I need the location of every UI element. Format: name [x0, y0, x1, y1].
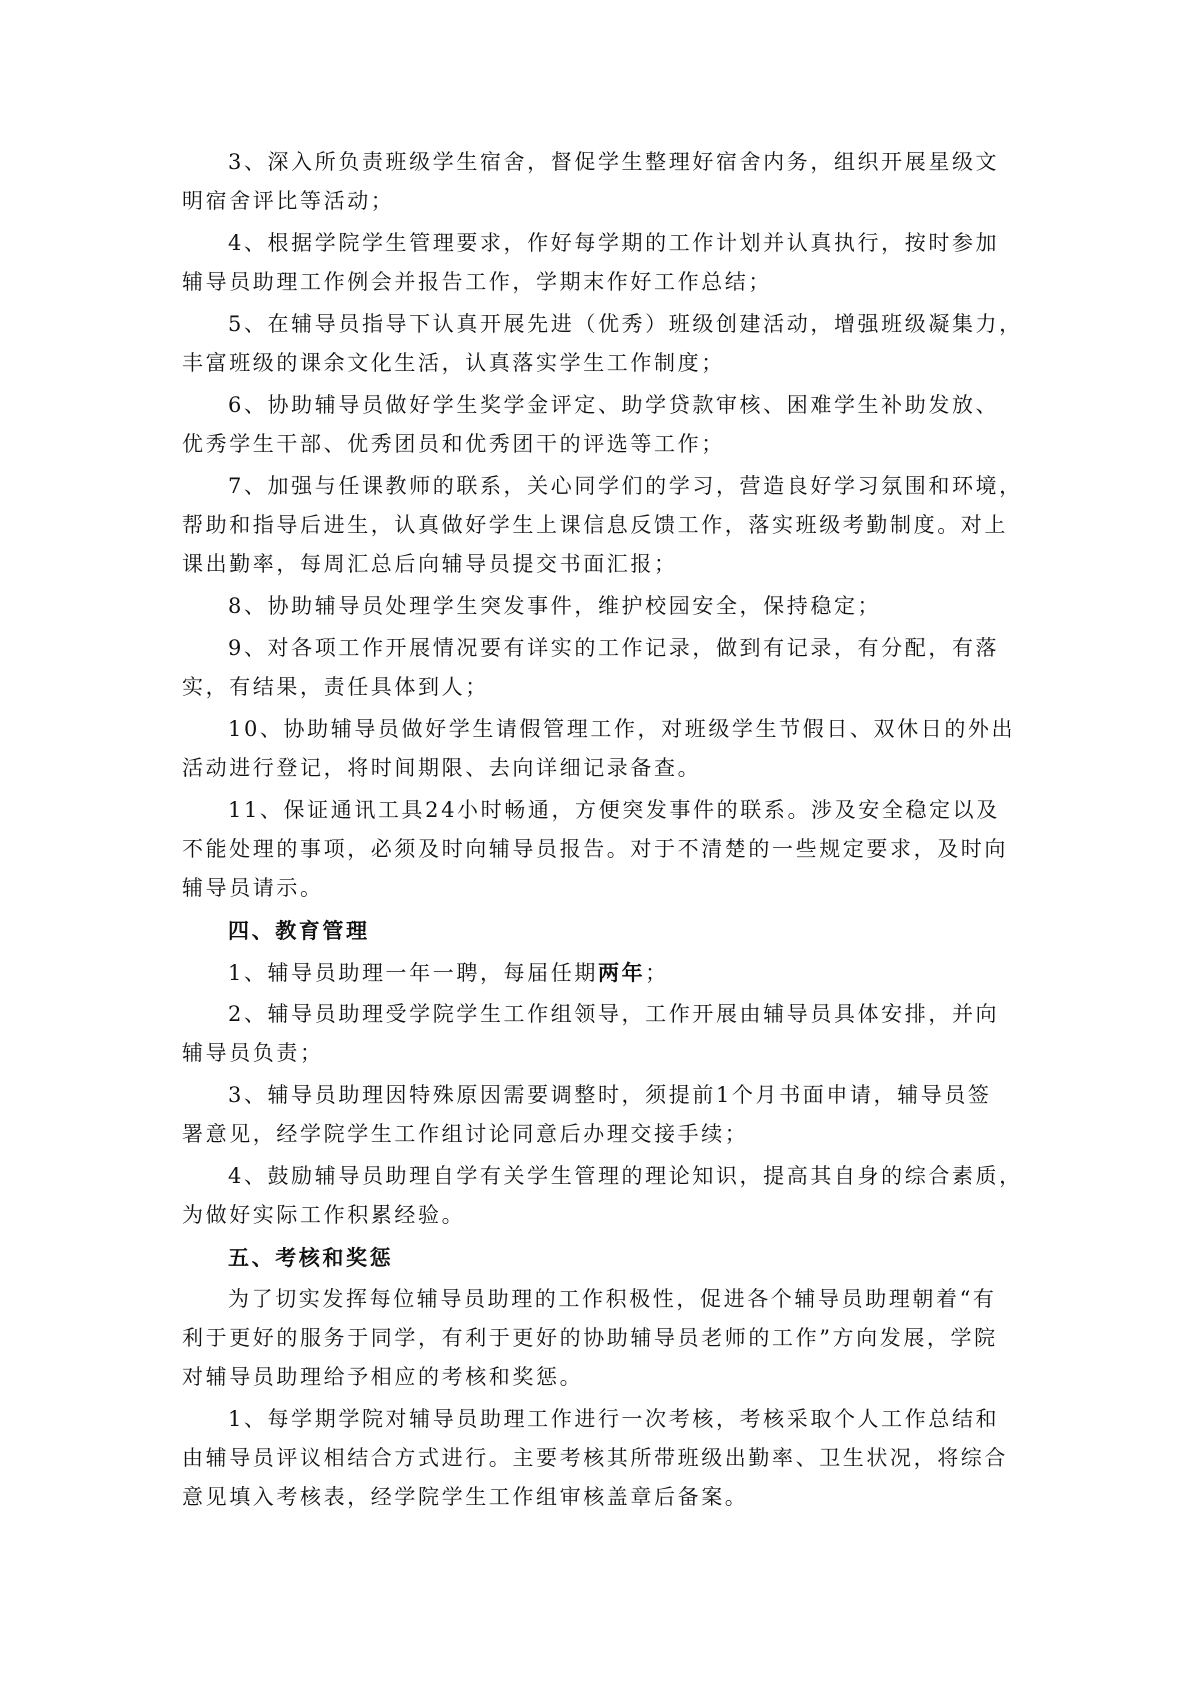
text-line: 为做好实际工作积累经验。	[182, 1196, 1012, 1235]
paragraph-item-5: 5、在辅导员指导下认真开展先进（优秀）班级创建活动，增强班级凝集力， 丰富班级的…	[182, 305, 1012, 383]
text-line: 1、每学期学院对辅导员助理工作进行一次考核，考核采取个人工作总结和	[182, 1400, 1012, 1439]
paragraph-item-8: 8、协助辅导员处理学生突发事件，维护校园安全，保持稳定；	[182, 587, 1012, 626]
text-line: 丰富班级的课余文化生活，认真落实学生工作制度；	[182, 344, 1012, 383]
bold-term: 两年	[598, 960, 645, 985]
paragraph-item-10: 10、协助辅导员做好学生请假管理工作，对班级学生节假日、双休日的外出 活动进行登…	[182, 710, 1012, 788]
text-line: 11、保证通讯工具24小时畅通，方便突发事件的联系。涉及安全稳定以及	[182, 791, 1012, 830]
section-heading-education-management: 四、教育管理	[182, 911, 1012, 950]
paragraph-edu-item-1: 1、辅导员助理一年一聘，每届任期两年；	[182, 953, 1012, 992]
text-line: 课出勤率，每周汇总后向辅导员提交书面汇报；	[182, 545, 1012, 584]
text-line: 辅导员助理工作例会并报告工作，学期末作好工作总结；	[182, 263, 1012, 302]
text-line: 辅导员负责；	[182, 1034, 1012, 1073]
text-run: ；	[645, 961, 669, 985]
text-line: 1、辅导员助理一年一聘，每届任期两年；	[182, 953, 1012, 992]
paragraph-item-4: 4、根据学院学生管理要求，作好每学期的工作计划并认真执行，按时参加 辅导员助理工…	[182, 224, 1012, 302]
section-heading: 四、教育管理	[182, 911, 1012, 950]
text-line: 优秀学生干部、优秀团员和优秀团干的评选等工作；	[182, 425, 1012, 464]
text-line: 署意见，经学院学生工作组讨论同意后办理交接手续；	[182, 1115, 1012, 1154]
section-heading: 五、考核和奖惩	[182, 1238, 1012, 1277]
text-line: 4、鼓励辅导员助理自学有关学生管理的理论知识，提高其自身的综合素质，	[182, 1157, 1012, 1196]
text-line: 2、辅导员助理受学院学生工作组领导，工作开展由辅导员具体安排，并向	[182, 995, 1012, 1034]
paragraph-item-6: 6、协助辅导员做好学生奖学金评定、助学贷款审核、困难学生补助发放、 优秀学生干部…	[182, 386, 1012, 464]
text-line: 3、深入所负责班级学生宿舍，督促学生整理好宿舍内务，组织开展星级文	[182, 143, 1012, 182]
text-line: 意见填入考核表，经学院学生工作组审核盖章后备案。	[182, 1478, 1012, 1517]
paragraph-edu-item-2: 2、辅导员助理受学院学生工作组领导，工作开展由辅导员具体安排，并向 辅导员负责；	[182, 995, 1012, 1073]
section-heading-assessment: 五、考核和奖惩	[182, 1238, 1012, 1277]
text-line: 3、辅导员助理因特殊原因需要调整时，须提前1个月书面申请，辅导员签	[182, 1076, 1012, 1115]
text-line: 明宿舍评比等活动；	[182, 182, 1012, 221]
paragraph-assessment-intro: 为了切实发挥每位辅导员助理的工作积极性，促进各个辅导员助理朝着“有 利于更好的服…	[182, 1280, 1012, 1397]
paragraph-item-11: 11、保证通讯工具24小时畅通，方便突发事件的联系。涉及安全稳定以及 不能处理的…	[182, 791, 1012, 908]
paragraph-item-7: 7、加强与任课教师的联系，关心同学们的学习，营造良好学习氛围和环境， 帮助和指导…	[182, 467, 1012, 584]
paragraph-item-3: 3、深入所负责班级学生宿舍，督促学生整理好宿舍内务，组织开展星级文 明宿舍评比等…	[182, 143, 1012, 221]
text-line: 为了切实发挥每位辅导员助理的工作积极性，促进各个辅导员助理朝着“有	[182, 1280, 1012, 1319]
text-line: 对辅导员助理给予相应的考核和奖惩。	[182, 1358, 1012, 1397]
text-run: 1、辅导员助理一年一聘，每届任期	[228, 961, 598, 985]
text-line: 实，有结果，责任具体到人；	[182, 668, 1012, 707]
text-line: 辅导员请示。	[182, 869, 1012, 908]
text-line: 10、协助辅导员做好学生请假管理工作，对班级学生节假日、双休日的外出	[182, 710, 1012, 749]
paragraph-item-9: 9、对各项工作开展情况要有详实的工作记录，做到有记录，有分配，有落 实，有结果，…	[182, 629, 1012, 707]
text-line: 帮助和指导后进生，认真做好学生上课信息反馈工作，落实班级考勤制度。对上	[182, 506, 1012, 545]
text-line: 不能处理的事项，必须及时向辅导员报告。对于不清楚的一些规定要求，及时向	[182, 830, 1012, 869]
document-page: 3、深入所负责班级学生宿舍，督促学生整理好宿舍内务，组织开展星级文 明宿舍评比等…	[182, 143, 1012, 1520]
text-line: 5、在辅导员指导下认真开展先进（优秀）班级创建活动，增强班级凝集力，	[182, 305, 1012, 344]
text-line: 由辅导员评议相结合方式进行。主要考核其所带班级出勤率、卫生状况，将综合	[182, 1439, 1012, 1478]
text-line: 6、协助辅导员做好学生奖学金评定、助学贷款审核、困难学生补助发放、	[182, 386, 1012, 425]
text-line: 9、对各项工作开展情况要有详实的工作记录，做到有记录，有分配，有落	[182, 629, 1012, 668]
text-line: 活动进行登记，将时间期限、去向详细记录备查。	[182, 749, 1012, 788]
paragraph-edu-item-4: 4、鼓励辅导员助理自学有关学生管理的理论知识，提高其自身的综合素质， 为做好实际…	[182, 1157, 1012, 1235]
paragraph-assessment-item-1: 1、每学期学院对辅导员助理工作进行一次考核，考核采取个人工作总结和 由辅导员评议…	[182, 1400, 1012, 1517]
text-line: 4、根据学院学生管理要求，作好每学期的工作计划并认真执行，按时参加	[182, 224, 1012, 263]
text-line: 7、加强与任课教师的联系，关心同学们的学习，营造良好学习氛围和环境，	[182, 467, 1012, 506]
text-line: 利于更好的服务于同学，有利于更好的协助辅导员老师的工作”方向发展，学院	[182, 1319, 1012, 1358]
paragraph-edu-item-3: 3、辅导员助理因特殊原因需要调整时，须提前1个月书面申请，辅导员签 署意见，经学…	[182, 1076, 1012, 1154]
text-line: 8、协助辅导员处理学生突发事件，维护校园安全，保持稳定；	[182, 587, 1012, 626]
